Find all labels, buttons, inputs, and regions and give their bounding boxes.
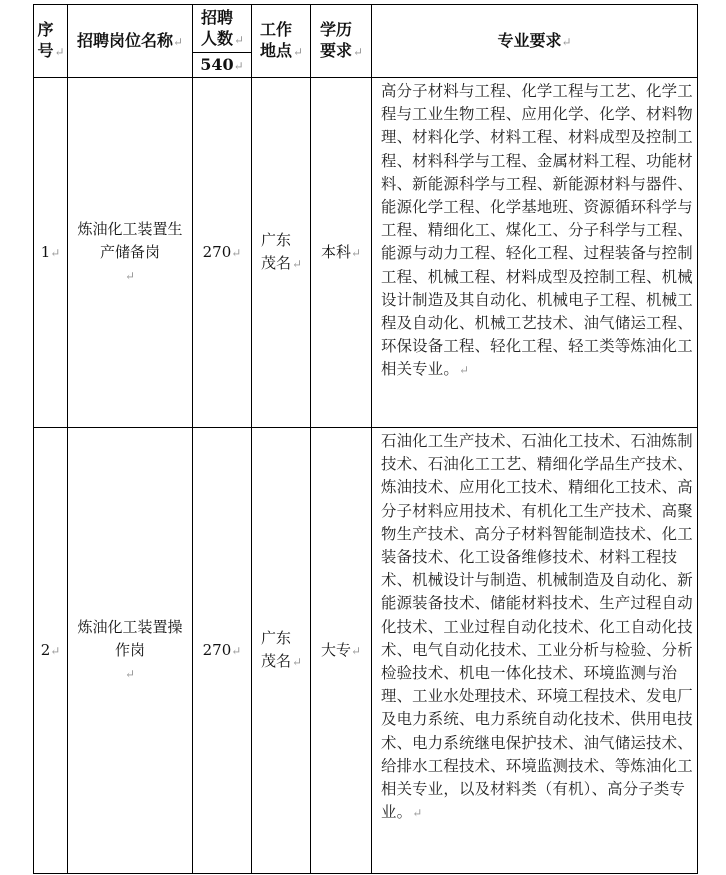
header-count: 招聘人数↵	[193, 5, 252, 53]
paragraph-mark-icon: ↵	[459, 363, 469, 377]
header-count-total: 540↵	[193, 53, 252, 78]
row-location: 广东茂名↵	[252, 78, 311, 428]
paragraph-mark-icon: ↵	[173, 35, 183, 49]
table-row: 2↵ 炼油化工装置操作岗↵ 270↵ 广东茂名↵ 大专↵ 石油化工生产技术、石油…	[34, 428, 698, 874]
header-major: 专业要求↵	[372, 5, 698, 78]
paragraph-mark-icon: ↵	[351, 246, 361, 260]
header-location: 工作地点↵	[252, 5, 311, 78]
row-index: 1↵	[34, 78, 68, 428]
paragraph-mark-icon: ↵	[125, 667, 135, 681]
table-row: 1↵ 炼油化工装置生产储备岗↵ 270↵ 广东茂名↵ 本科↵ 高分子材料与工程、…	[34, 78, 698, 428]
header-position: 招聘岗位名称↵	[68, 5, 193, 78]
paragraph-mark-icon: ↵	[125, 269, 135, 283]
paragraph-mark-icon: ↵	[292, 655, 302, 669]
row-major: 石油化工生产技术、石油化工技术、石油炼制技术、石油化工工艺、精细化学品生产技术、…	[372, 428, 698, 874]
row-index: 2↵	[34, 428, 68, 874]
paragraph-mark-icon: ↵	[234, 33, 244, 47]
row-education: 本科↵	[311, 78, 372, 428]
header-education: 学历要求↵	[311, 5, 372, 78]
paragraph-mark-icon: ↵	[231, 644, 241, 658]
paragraph-mark-icon: ↵	[293, 45, 303, 59]
paragraph-mark-icon: ↵	[292, 257, 302, 271]
paragraph-mark-icon: ↵	[351, 644, 361, 658]
row-major: 高分子材料与工程、化学工程与工艺、化学工程与工业生物工程、应用化学、化学、材料物…	[372, 78, 698, 428]
row-position: 炼油化工装置生产储备岗↵	[68, 78, 193, 428]
paragraph-mark-icon: ↵	[561, 35, 571, 49]
row-education: 大专↵	[311, 428, 372, 874]
row-position: 炼油化工装置操作岗↵	[68, 428, 193, 874]
paragraph-mark-icon: ↵	[50, 246, 60, 260]
row-count: 270↵	[193, 78, 252, 428]
header-index: 序号↵	[34, 5, 68, 78]
row-count: 270↵	[193, 428, 252, 874]
paragraph-mark-icon: ↵	[353, 45, 363, 59]
paragraph-mark-icon: ↵	[50, 644, 60, 658]
paragraph-mark-icon: ↵	[54, 45, 64, 59]
row-location: 广东茂名↵	[252, 428, 311, 874]
paragraph-mark-icon: ↵	[234, 59, 244, 73]
recruitment-table: 序号↵ 招聘岗位名称↵ 招聘人数↵ 工作地点↵ 学历要求↵ 专业要求↵ 540↵…	[33, 4, 698, 874]
paragraph-mark-icon: ↵	[231, 246, 241, 260]
paragraph-mark-icon: ↵	[412, 806, 422, 820]
